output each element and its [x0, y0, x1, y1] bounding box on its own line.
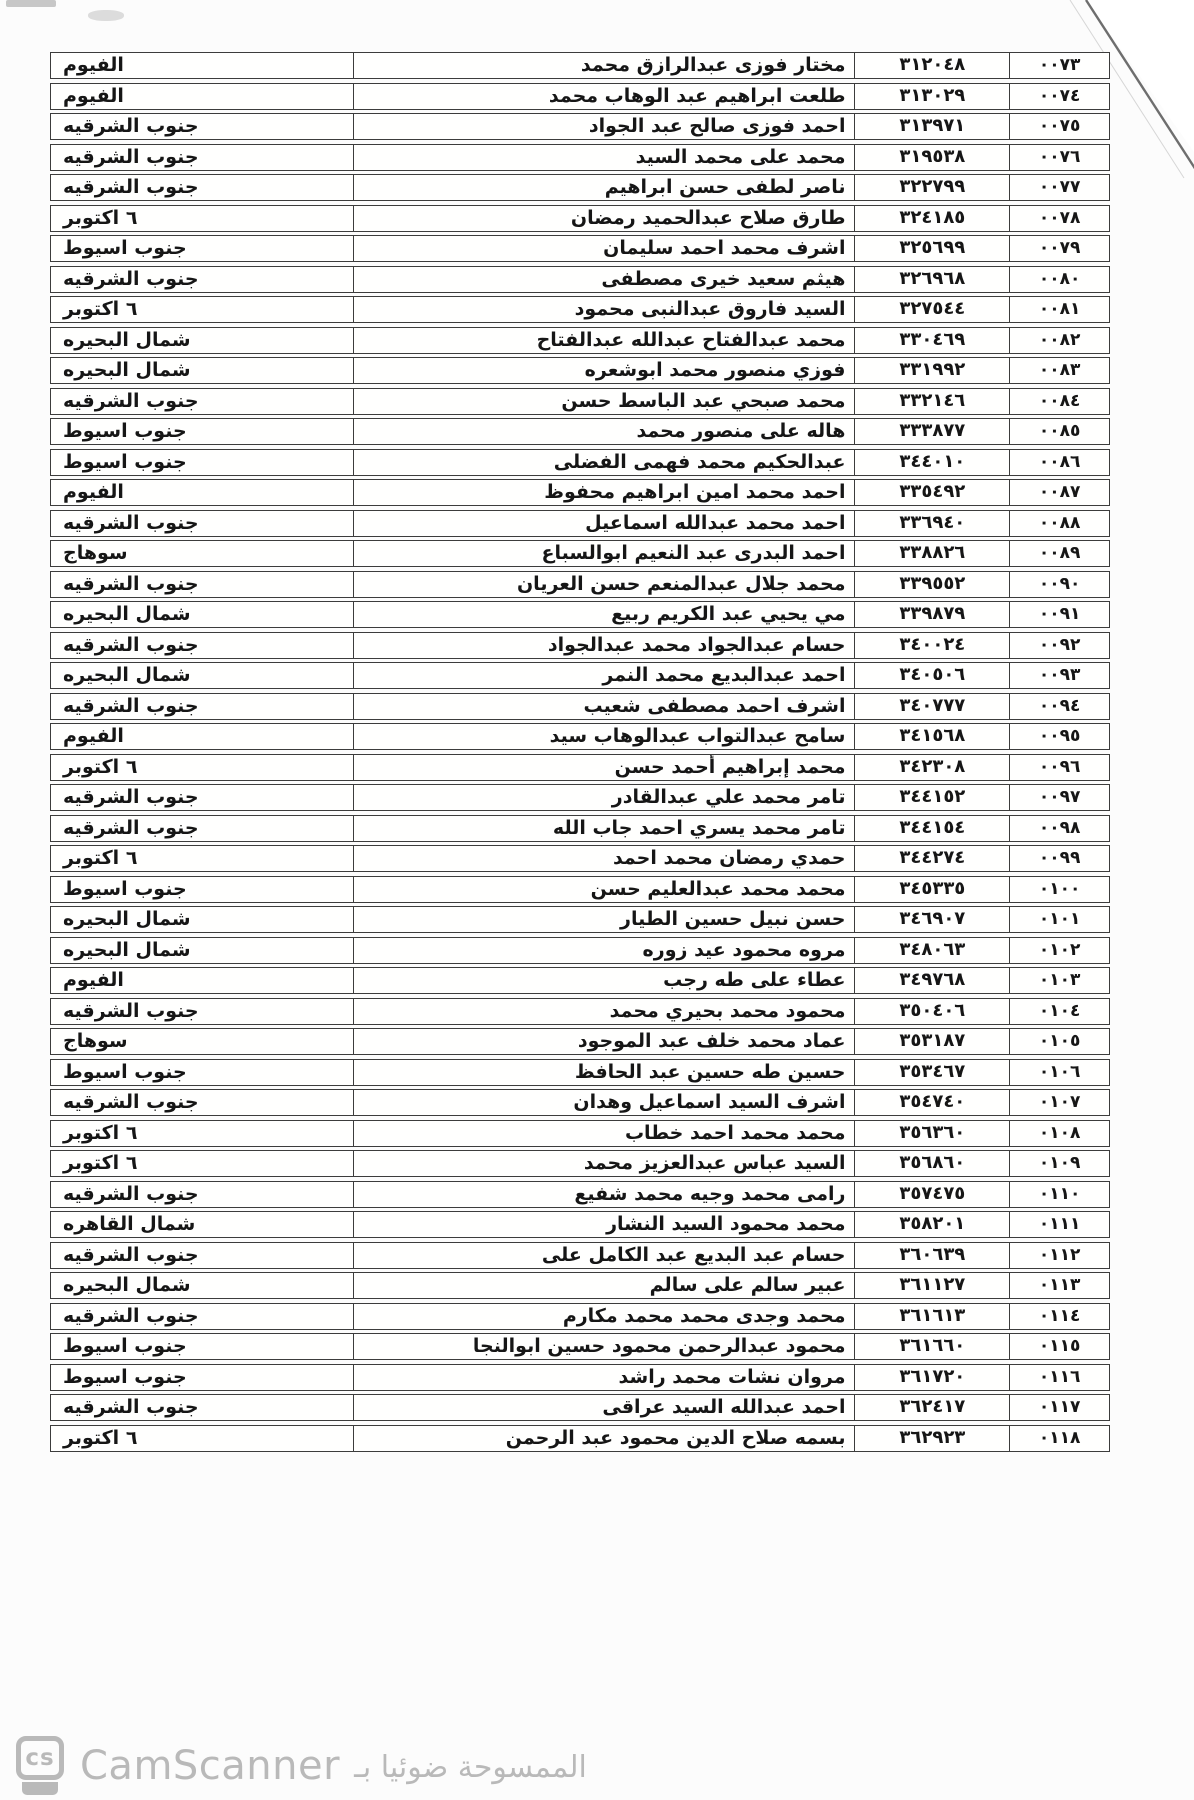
name-cell: مروان نشات محمد راشد [354, 1365, 855, 1390]
serial-number-cell: ٠١١٠ [1010, 1182, 1109, 1207]
region-cell: جنوب اسيوط [51, 1334, 354, 1359]
serial-number-cell: ٠٠٧٤ [1010, 84, 1109, 109]
serial-number-cell: ٠١١٨ [1010, 1426, 1109, 1451]
name-cell: محمد على محمد السيد [354, 145, 855, 170]
name-cell: عطاء على طه رجب [354, 968, 855, 993]
name-cell: احمد عبدالبديع محمد النمر [354, 663, 855, 688]
id-number-cell: ٣٢٦٩٦٨ [855, 267, 1010, 292]
serial-number-cell: ٠٠٨٥ [1010, 419, 1109, 444]
region-cell: جنوب اسيوط [51, 1060, 354, 1085]
table-row: شمال البحيره حسن نبيل حسين الطيار ٣٤٦٩٠٧… [50, 906, 1110, 933]
region-cell: ٦ اكتوبر [51, 1426, 354, 1451]
serial-number-cell: ٠٠٨٩ [1010, 541, 1109, 566]
id-number-cell: ٣٢٧٥٤٤ [855, 297, 1010, 322]
serial-number-cell: ٠١١٦ [1010, 1365, 1109, 1390]
serial-number-cell: ٠١٠٦ [1010, 1060, 1109, 1085]
region-cell: جنوب الشرقيه [51, 816, 354, 841]
id-number-cell: ٣٤٩٧٦٨ [855, 968, 1010, 993]
id-number-cell: ٣٣٩٨٧٩ [855, 602, 1010, 627]
serial-number-cell: ٠٠٩٢ [1010, 633, 1109, 658]
cs-logo-letters: cs [16, 1736, 64, 1780]
table-row: جنوب الشرقيه تامر محمد يسري احمد جاب الل… [50, 815, 1110, 842]
id-number-cell: ٣٤٢٣٠٨ [855, 755, 1010, 780]
id-number-cell: ٣٣٦٩٤٠ [855, 511, 1010, 536]
table-row: ٦ اكتوبر السيد فاروق عبدالنبى محمود ٣٢٧٥… [50, 296, 1110, 323]
serial-number-cell: ٠٠٧٦ [1010, 145, 1109, 170]
scan-smudge [6, 0, 56, 7]
serial-number-cell: ٠٠٩٧ [1010, 785, 1109, 810]
id-number-cell: ٣٣٢١٤٦ [855, 389, 1010, 414]
region-cell: شمال البحيره [51, 602, 354, 627]
region-cell: شمال البحيره [51, 1273, 354, 1298]
region-cell: الفيوم [51, 724, 354, 749]
table-row: جنوب الشرقيه محمد وجدى محمد محمد مكارم ٣… [50, 1303, 1110, 1330]
name-cell: محمد إبراهيم أحمد حسن [354, 755, 855, 780]
serial-number-cell: ٠١١٧ [1010, 1395, 1109, 1420]
region-cell: ٦ اكتوبر [51, 206, 354, 231]
name-cell: محمود عبدالرحمن محمود حسين ابوالنجا [354, 1334, 855, 1359]
id-number-cell: ٣٣١٩٩٢ [855, 358, 1010, 383]
region-cell: جنوب الشرقيه [51, 114, 354, 139]
name-cell: تامر محمد يسري احمد جاب الله [354, 816, 855, 841]
serial-number-cell: ٠١٠٨ [1010, 1121, 1109, 1146]
name-cell: عبير سالم على سالم [354, 1273, 855, 1298]
region-cell: جنوب الشرقيه [51, 572, 354, 597]
name-cell: اشرف محمد احمد سليمان [354, 236, 855, 261]
id-number-cell: ٣١٣٩٧١ [855, 114, 1010, 139]
table-row: جنوب اسيوط مروان نشات محمد راشد ٣٦١٧٢٠ ٠… [50, 1364, 1110, 1391]
region-cell: جنوب اسيوط [51, 450, 354, 475]
name-cell: حسام عبدالجواد محمد عبدالجواد [354, 633, 855, 658]
table-row: شمال البحيره عبير سالم على سالم ٣٦١١٢٧ ٠… [50, 1272, 1110, 1299]
id-number-cell: ٣٦١١٢٧ [855, 1273, 1010, 1298]
table-row: ٦ اكتوبر حمدي رمضان محمد احمد ٣٤٤٢٧٤ ٠٠٩… [50, 845, 1110, 872]
scan-smudge [88, 10, 124, 21]
table-row: شمال القاهره محمد محمود السيد النشار ٣٥٨… [50, 1211, 1110, 1238]
table-row: شمال البحيره فوزي منصور محمد ابوشعره ٣٣١… [50, 357, 1110, 384]
table-row: شمال البحيره مروه محمود عيد زوره ٣٤٨٠٦٣ … [50, 937, 1110, 964]
name-cell: سامح عبدالتواب عبدالوهاب سيد [354, 724, 855, 749]
table-row: جنوب اسيوط اشرف محمد احمد سليمان ٣٢٥٦٩٩ … [50, 235, 1110, 262]
serial-number-cell: ٠٠٨٨ [1010, 511, 1109, 536]
serial-number-cell: ٠٠٧٩ [1010, 236, 1109, 261]
name-cell: طارق صلاح عبدالحميد رمضان [354, 206, 855, 231]
serial-number-cell: ٠٠٧٧ [1010, 175, 1109, 200]
region-cell: ٦ اكتوبر [51, 1121, 354, 1146]
serial-number-cell: ٠١٠٤ [1010, 999, 1109, 1024]
cs-logo-tab [22, 1782, 58, 1795]
serial-number-cell: ٠٠٧٣ [1010, 53, 1109, 78]
name-cell: محمد وجدى محمد محمد مكارم [354, 1304, 855, 1329]
camscanner-brand-text: CamScanner [80, 1746, 340, 1786]
table-row: جنوب الشرقيه احمد محمد عبدالله اسماعيل ٣… [50, 510, 1110, 537]
serial-number-cell: ٠١٠٩ [1010, 1151, 1109, 1176]
id-number-cell: ٣٥٨٢٠١ [855, 1212, 1010, 1237]
id-number-cell: ٣٦١٦١٣ [855, 1304, 1010, 1329]
name-cell: احمد عبدالله السيد عراقى [354, 1395, 855, 1420]
serial-number-cell: ٠٠٩٠ [1010, 572, 1109, 597]
table-row: ٦ اكتوبر بسمه صلاح الدين محمود عبد الرحم… [50, 1425, 1110, 1452]
name-cell: احمد محمد عبدالله اسماعيل [354, 511, 855, 536]
table-row: ٦ اكتوبر طارق صلاح عبدالحميد رمضان ٣٢٤١٨… [50, 205, 1110, 232]
table-row: جنوب اسيوط عبدالحكيم محمد فهمى الفضلى ٣٤… [50, 449, 1110, 476]
id-number-cell: ٣٢٥٦٩٩ [855, 236, 1010, 261]
table-row: جنوب الشرقيه محمد صبحي عبد الباسط حسن ٣٣… [50, 388, 1110, 415]
table-row: شمال البحيره مي يحيي عبد الكريم ربيع ٣٣٩… [50, 601, 1110, 628]
region-cell: ٦ اكتوبر [51, 846, 354, 871]
serial-number-cell: ٠٠٨٦ [1010, 450, 1109, 475]
table-row: جنوب اسيوط محمود عبدالرحمن محمود حسين اب… [50, 1333, 1110, 1360]
table-row: الفيوم سامح عبدالتواب عبدالوهاب سيد ٣٤١٥… [50, 723, 1110, 750]
region-cell: جنوب الشرقيه [51, 1182, 354, 1207]
region-cell: جنوب الشرقيه [51, 267, 354, 292]
id-number-cell: ٣١٣٠٢٩ [855, 84, 1010, 109]
name-cell: حسين طه حسين عبد الحافظ [354, 1060, 855, 1085]
camscanner-logo-icon: cs [14, 1736, 66, 1795]
table-row: جنوب اسيوط محمد محمد عبدالعليم حسن ٣٤٥٣٣… [50, 876, 1110, 903]
name-cell: عبدالحكيم محمد فهمى الفضلى [354, 450, 855, 475]
name-cell: حمدي رمضان محمد احمد [354, 846, 855, 871]
id-number-cell: ٣٤٠٧٧٧ [855, 694, 1010, 719]
table-row: ٦ اكتوبر السيد عباس عبدالعزيز محمد ٣٥٦٨٦… [50, 1150, 1110, 1177]
id-number-cell: ٣٣٣٨٧٧ [855, 419, 1010, 444]
serial-number-cell: ٠٠٩٦ [1010, 755, 1109, 780]
region-cell: ٦ اكتوبر [51, 755, 354, 780]
table-row: جنوب الشرقيه احمد عبدالله السيد عراقى ٣٦… [50, 1394, 1110, 1421]
serial-number-cell: ٠٠٩١ [1010, 602, 1109, 627]
name-cell: طلعت ابراهيم عبد الوهاب محمد [354, 84, 855, 109]
name-cell: هيثم سعيد خيرى مصطفى [354, 267, 855, 292]
table-row: جنوب الشرقيه ناصر لطفى حسن ابراهيم ٣٢٢٧٩… [50, 174, 1110, 201]
name-cell: محمد صبحي عبد الباسط حسن [354, 389, 855, 414]
id-number-cell: ٣٥٦٨٦٠ [855, 1151, 1010, 1176]
name-cell: السيد فاروق عبدالنبى محمود [354, 297, 855, 322]
region-cell: جنوب الشرقيه [51, 1243, 354, 1268]
region-cell: جنوب الشرقيه [51, 1304, 354, 1329]
id-number-cell: ٣٢٤١٨٥ [855, 206, 1010, 231]
id-number-cell: ٣٣٥٤٩٢ [855, 480, 1010, 505]
region-cell: جنوب اسيوط [51, 1365, 354, 1390]
id-number-cell: ٣٥٣١٨٧ [855, 1029, 1010, 1054]
table-row: ٦ اكتوبر محمد إبراهيم أحمد حسن ٣٤٢٣٠٨ ٠٠… [50, 754, 1110, 781]
region-cell: سوهاج [51, 1029, 354, 1054]
serial-number-cell: ٠٠٨٣ [1010, 358, 1109, 383]
table-row: جنوب الشرقيه محمود محمد بحيري محمد ٣٥٠٤٠… [50, 998, 1110, 1025]
region-cell: سوهاج [51, 541, 354, 566]
id-number-cell: ٣٤٤١٥٢ [855, 785, 1010, 810]
scanned-with-label: الممسوحة ضوئيا بـ [354, 1749, 587, 1783]
region-cell: الفيوم [51, 84, 354, 109]
table-row: شمال البحيره محمد عبدالفتاح عبدالله عبدا… [50, 327, 1110, 354]
name-cell: احمد فوزى صالح عبد الجواد [354, 114, 855, 139]
id-number-cell: ٣٦١٧٢٠ [855, 1365, 1010, 1390]
region-cell: شمال البحيره [51, 907, 354, 932]
id-number-cell: ٣٥٠٤٠٦ [855, 999, 1010, 1024]
id-number-cell: ٣٤٦٩٠٧ [855, 907, 1010, 932]
serial-number-cell: ٠٠٨٠ [1010, 267, 1109, 292]
serial-number-cell: ٠٠٩٩ [1010, 846, 1109, 871]
id-number-cell: ٣٦١٦٦٠ [855, 1334, 1010, 1359]
id-number-cell: ٣٦٢٤١٧ [855, 1395, 1010, 1420]
serial-number-cell: ٠١٠٥ [1010, 1029, 1109, 1054]
table-row: جنوب الشرقيه احمد فوزى صالح عبد الجواد ٣… [50, 113, 1110, 140]
id-number-cell: ٣٥٤٧٤٠ [855, 1090, 1010, 1115]
table-row: الفيوم احمد محمد امين ابراهيم محفوظ ٣٣٥٤… [50, 479, 1110, 506]
region-cell: جنوب الشرقيه [51, 175, 354, 200]
id-number-cell: ٣٤٤٢٧٤ [855, 846, 1010, 871]
id-number-cell: ٣٤٨٠٦٣ [855, 938, 1010, 963]
id-number-cell: ٣١٢٠٤٨ [855, 53, 1010, 78]
table-row: الفيوم مختار فوزى عبدالرازق محمد ٣١٢٠٤٨ … [50, 52, 1110, 79]
region-cell: شمال القاهره [51, 1212, 354, 1237]
region-cell: جنوب الشرقيه [51, 999, 354, 1024]
table-row: جنوب الشرقيه محمد جلال عبدالمنعم حسن الع… [50, 571, 1110, 598]
table-row: الفيوم عطاء على طه رجب ٣٤٩٧٦٨ ٠١٠٣ [50, 967, 1110, 994]
serial-number-cell: ٠٠٩٨ [1010, 816, 1109, 841]
id-number-cell: ٣٤٥٣٣٥ [855, 877, 1010, 902]
name-cell: حسام عبد البديع عبد الكامل على [354, 1243, 855, 1268]
table-row: جنوب الشرقيه محمد على محمد السيد ٣١٩٥٣٨ … [50, 144, 1110, 171]
id-number-cell: ٣٤٤٠١٠ [855, 450, 1010, 475]
region-cell: جنوب الشرقيه [51, 1395, 354, 1420]
serial-number-cell: ٠١١٢ [1010, 1243, 1109, 1268]
id-number-cell: ٣٥٧٤٧٥ [855, 1182, 1010, 1207]
name-cell: رامى محمد وجيه محمد شفيع [354, 1182, 855, 1207]
serial-number-cell: ٠١٠٢ [1010, 938, 1109, 963]
table-row: جنوب اسيوط هاله على منصور محمد ٣٣٣٨٧٧ ٠٠… [50, 418, 1110, 445]
serial-number-cell: ٠٠٨٤ [1010, 389, 1109, 414]
region-cell: جنوب الشرقيه [51, 633, 354, 658]
table-row: سوهاج عماد محمد خلف عبد الموجود ٣٥٣١٨٧ ٠… [50, 1028, 1110, 1055]
region-cell: جنوب الشرقيه [51, 694, 354, 719]
region-cell: الفيوم [51, 968, 354, 993]
table-row: جنوب الشرقيه اشرف السيد اسماعيل وهدان ٣٥… [50, 1089, 1110, 1116]
name-cell: فوزي منصور محمد ابوشعره [354, 358, 855, 383]
serial-number-cell: ٠٠٩٥ [1010, 724, 1109, 749]
name-cell: مروه محمود عيد زوره [354, 938, 855, 963]
region-cell: الفيوم [51, 480, 354, 505]
table-row: جنوب اسيوط حسين طه حسين عبد الحافظ ٣٥٣٤٦… [50, 1059, 1110, 1086]
serial-number-cell: ٠١٠٠ [1010, 877, 1109, 902]
name-cell: اشرف السيد اسماعيل وهدان [354, 1090, 855, 1115]
name-cell: عماد محمد خلف عبد الموجود [354, 1029, 855, 1054]
serial-number-cell: ٠٠٨١ [1010, 297, 1109, 322]
table-row: جنوب الشرقيه اشرف احمد مصطفى شعيب ٣٤٠٧٧٧… [50, 693, 1110, 720]
serial-number-cell: ٠١١١ [1010, 1212, 1109, 1237]
id-number-cell: ٣٥٣٤٦٧ [855, 1060, 1010, 1085]
id-number-cell: ٣٣٩٥٥٢ [855, 572, 1010, 597]
name-cell: احمد البدرى عبد النعيم ابوالسباع [354, 541, 855, 566]
table-row: الفيوم طلعت ابراهيم عبد الوهاب محمد ٣١٣٠… [50, 83, 1110, 110]
region-cell: جنوب الشرقيه [51, 145, 354, 170]
table-row: جنوب الشرقيه تامر محمد علي عبدالقادر ٣٤٤… [50, 784, 1110, 811]
id-number-cell: ٣٣٨٨٢٦ [855, 541, 1010, 566]
serial-number-cell: ٠١١٤ [1010, 1304, 1109, 1329]
name-cell: مختار فوزى عبدالرازق محمد [354, 53, 855, 78]
name-cell: حسن نبيل حسين الطيار [354, 907, 855, 932]
name-cell: بسمه صلاح الدين محمود عبد الرحمن [354, 1426, 855, 1451]
serial-number-cell: ٠١٠٣ [1010, 968, 1109, 993]
region-cell: جنوب الشرقيه [51, 389, 354, 414]
name-cell: اشرف احمد مصطفى شعيب [354, 694, 855, 719]
region-cell: جنوب اسيوط [51, 419, 354, 444]
name-cell: محمد محمد احمد خطاب [354, 1121, 855, 1146]
region-cell: شمال البحيره [51, 663, 354, 688]
id-number-cell: ٣٤٤١٥٤ [855, 816, 1010, 841]
id-number-cell: ٣٢٢٧٩٩ [855, 175, 1010, 200]
serial-number-cell: ٠٠٩٣ [1010, 663, 1109, 688]
name-cell: محمود محمد بحيري محمد [354, 999, 855, 1024]
region-cell: جنوب الشرقيه [51, 1090, 354, 1115]
region-cell: ٦ اكتوبر [51, 297, 354, 322]
region-cell: شمال البحيره [51, 328, 354, 353]
id-number-cell: ٣٥٦٣٦٠ [855, 1121, 1010, 1146]
table-row: شمال البحيره احمد عبدالبديع محمد النمر ٣… [50, 662, 1110, 689]
region-cell: شمال البحيره [51, 938, 354, 963]
table-row: جنوب الشرقيه حسام عبد البديع عبد الكامل … [50, 1242, 1110, 1269]
region-cell: جنوب اسيوط [51, 236, 354, 261]
id-number-cell: ٣٤٠٠٢٤ [855, 633, 1010, 658]
name-cell: تامر محمد علي عبدالقادر [354, 785, 855, 810]
name-cell: احمد محمد امين ابراهيم محفوظ [354, 480, 855, 505]
table-row: جنوب الشرقيه حسام عبدالجواد محمد عبدالجو… [50, 632, 1110, 659]
name-cell: ناصر لطفى حسن ابراهيم [354, 175, 855, 200]
id-number-cell: ٣٤٠٥٠٦ [855, 663, 1010, 688]
name-cell: السيد عباس عبدالعزيز محمد [354, 1151, 855, 1176]
name-cell: محمد محمد عبدالعليم حسن [354, 877, 855, 902]
name-cell: محمد عبدالفتاح عبدالله عبدالفتاح [354, 328, 855, 353]
serial-number-cell: ٠١١٥ [1010, 1334, 1109, 1359]
scanned-document-page: الفيوم مختار فوزى عبدالرازق محمد ٣١٢٠٤٨ … [0, 0, 1194, 1800]
id-number-cell: ٣١٩٥٣٨ [855, 145, 1010, 170]
name-cell: محمد محمود السيد النشار [354, 1212, 855, 1237]
id-number-cell: ٣٤١٥٦٨ [855, 724, 1010, 749]
id-number-cell: ٣٦٠٦٣٩ [855, 1243, 1010, 1268]
serial-number-cell: ٠٠٧٨ [1010, 206, 1109, 231]
serial-number-cell: ٠٠٨٢ [1010, 328, 1109, 353]
id-number-cell: ٣٣٠٤٦٩ [855, 328, 1010, 353]
region-cell: جنوب الشرقيه [51, 511, 354, 536]
serial-number-cell: ٠٠٩٤ [1010, 694, 1109, 719]
table-row: سوهاج احمد البدرى عبد النعيم ابوالسباع ٣… [50, 540, 1110, 567]
serial-number-cell: ٠٠٨٧ [1010, 480, 1109, 505]
serial-number-cell: ٠١١٣ [1010, 1273, 1109, 1298]
region-cell: ٦ اكتوبر [51, 1151, 354, 1176]
table-row: جنوب الشرقيه رامى محمد وجيه محمد شفيع ٣٥… [50, 1181, 1110, 1208]
table-row: جنوب الشرقيه هيثم سعيد خيرى مصطفى ٣٢٦٩٦٨… [50, 266, 1110, 293]
region-cell: جنوب الشرقيه [51, 785, 354, 810]
region-cell: جنوب اسيوط [51, 877, 354, 902]
region-cell: الفيوم [51, 53, 354, 78]
serial-number-cell: ٠١٠٧ [1010, 1090, 1109, 1115]
table-row: ٦ اكتوبر محمد محمد احمد خطاب ٣٥٦٣٦٠ ٠١٠٨ [50, 1120, 1110, 1147]
name-cell: محمد جلال عبدالمنعم حسن العريان [354, 572, 855, 597]
id-number-cell: ٣٦٢٩٢٣ [855, 1426, 1010, 1451]
roster-table: الفيوم مختار فوزى عبدالرازق محمد ٣١٢٠٤٨ … [50, 52, 1110, 1455]
camscanner-watermark: cs CamScanner الممسوحة ضوئيا بـ [14, 1736, 587, 1795]
serial-number-cell: ٠٠٧٥ [1010, 114, 1109, 139]
name-cell: هاله على منصور محمد [354, 419, 855, 444]
serial-number-cell: ٠١٠١ [1010, 907, 1109, 932]
name-cell: مي يحيي عبد الكريم ربيع [354, 602, 855, 627]
region-cell: شمال البحيره [51, 358, 354, 383]
